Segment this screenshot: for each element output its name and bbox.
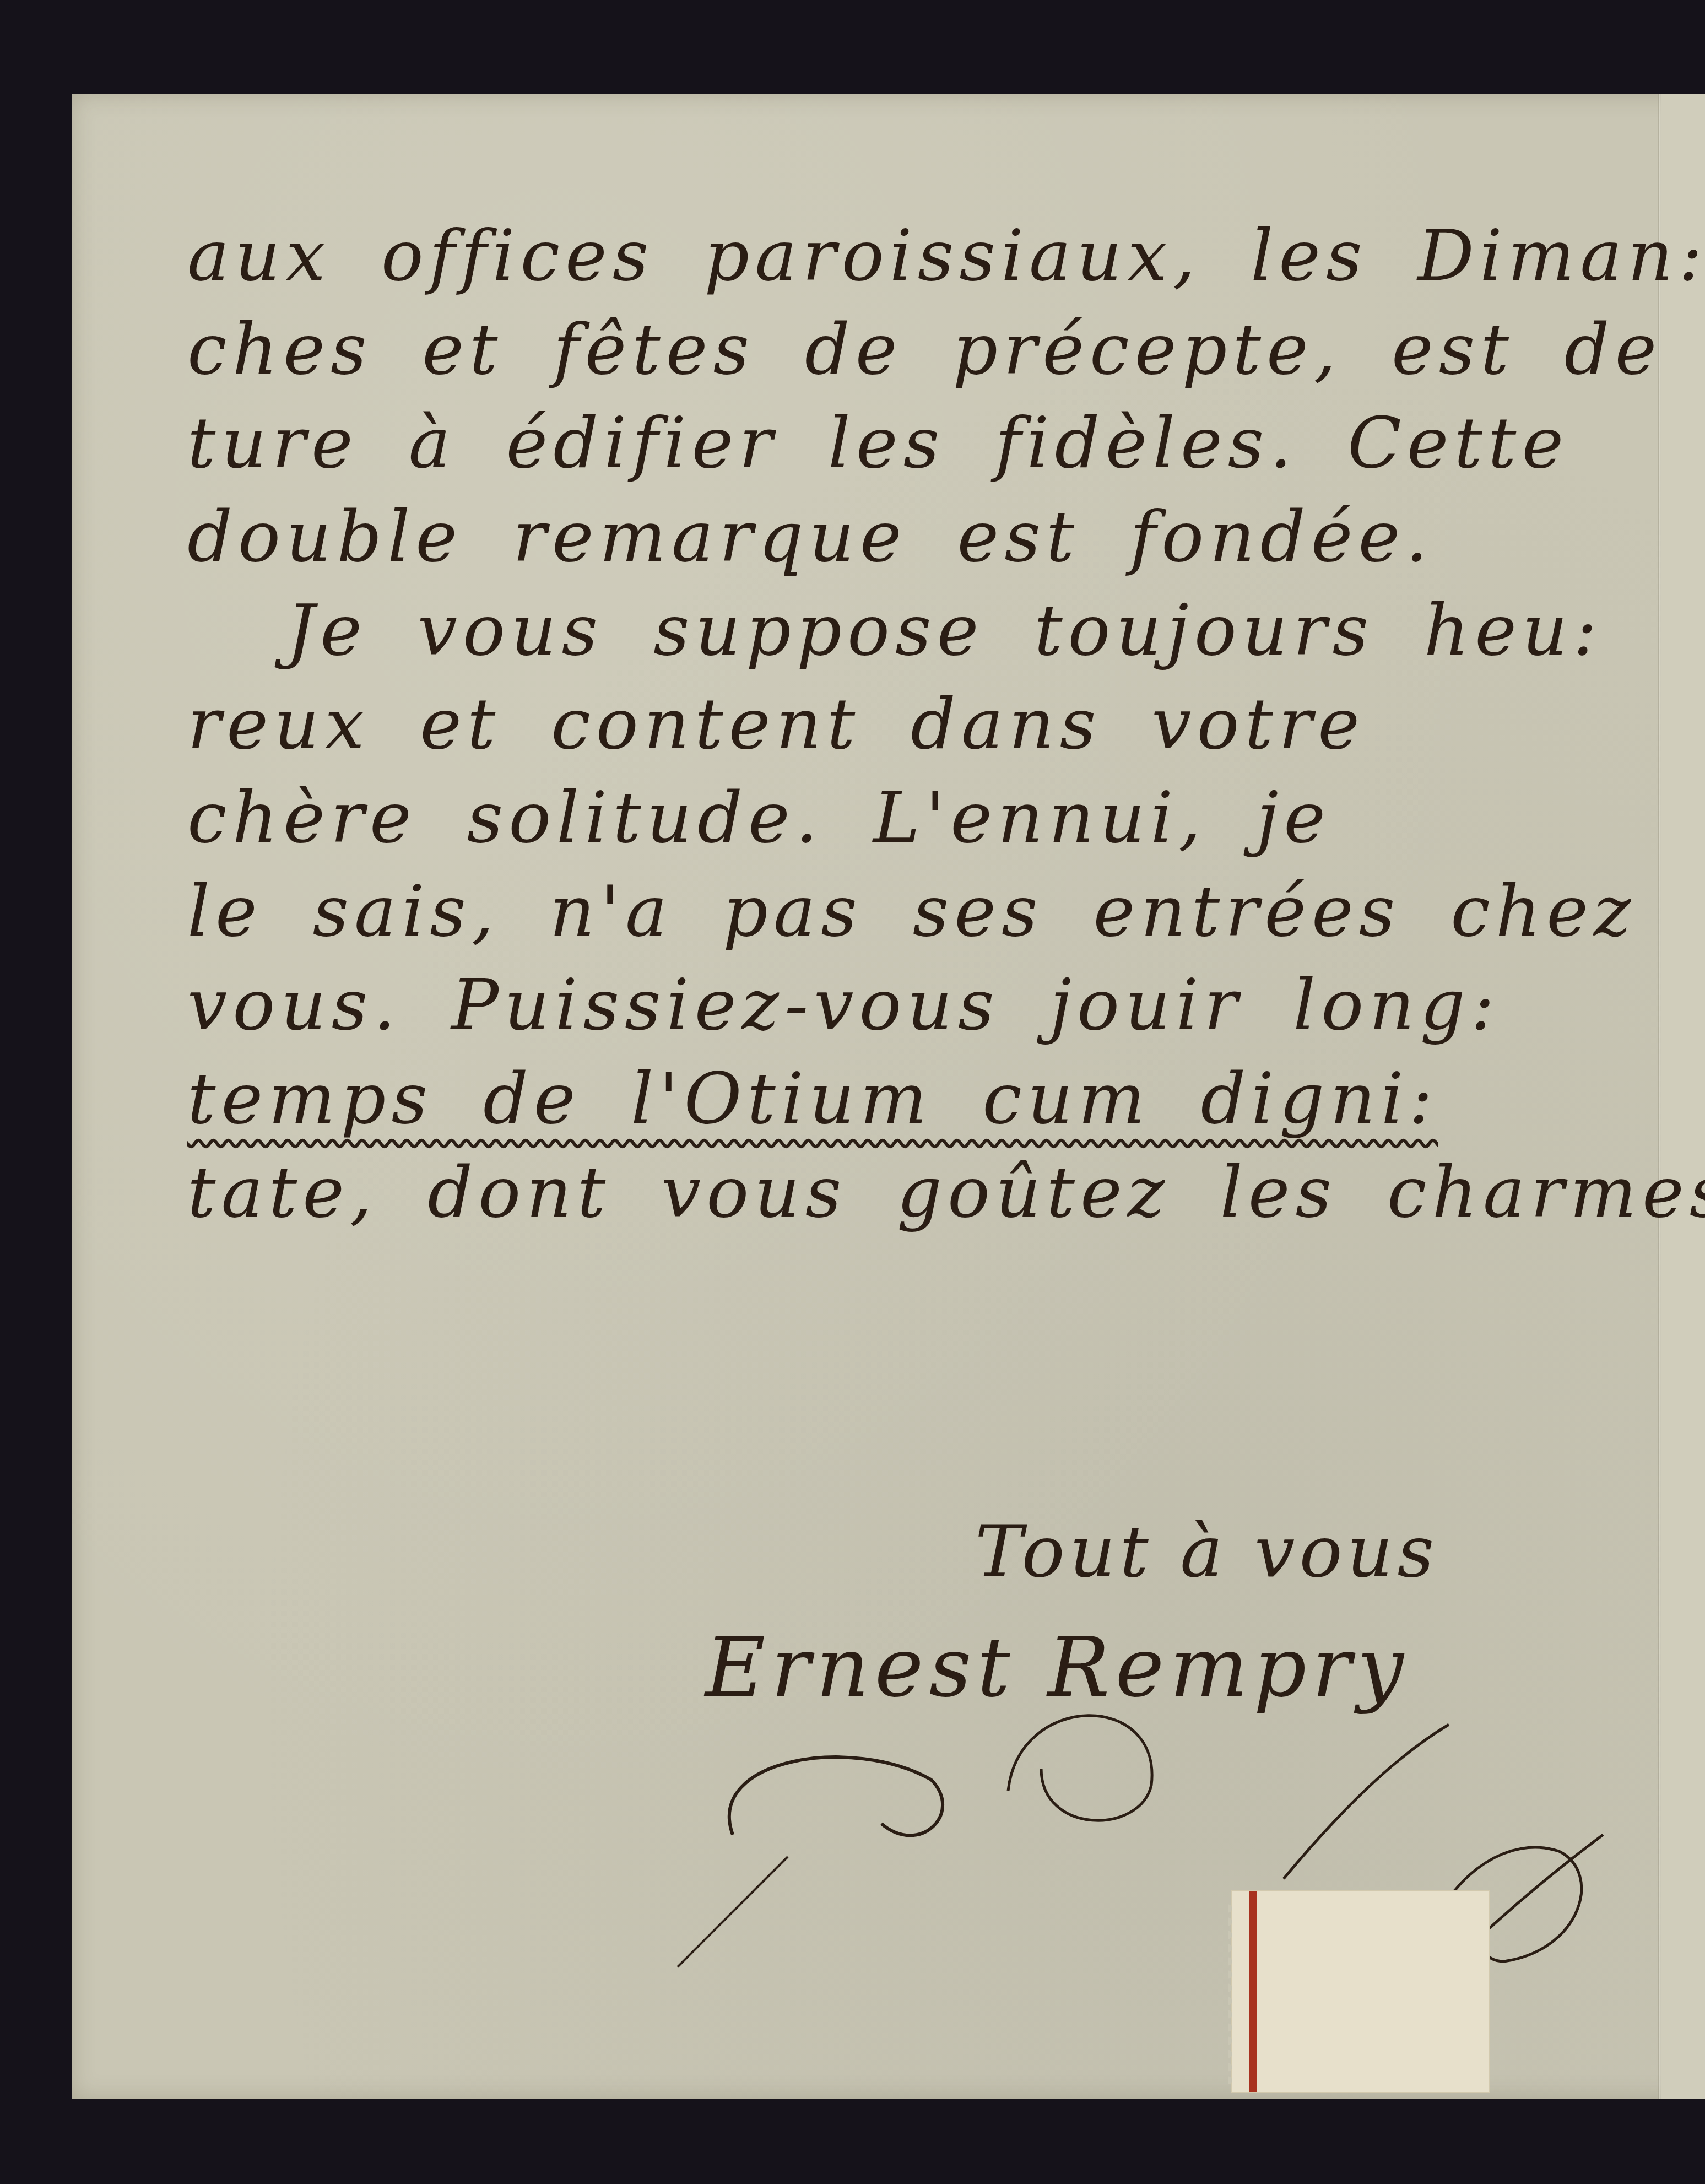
letter-line-5-paragraph-start: Je vous suppose toujours heu: xyxy=(286,590,1603,672)
letter-line-9: vous. Puissiez-vous jouir long: xyxy=(187,964,1500,1046)
label-red-line xyxy=(1249,1891,1257,2092)
letter-line-4: double remarque est fondée. xyxy=(187,496,1433,578)
letter-line-2: ches et fêtes de précepte, est de na: xyxy=(187,309,1705,391)
perforated-edge xyxy=(1228,1902,1236,2084)
letter-line-8: le sais, n'a pas ses entrées chez xyxy=(187,871,1636,953)
letter-page: aux offices paroissiaux, les Diman: ches… xyxy=(72,94,1705,2099)
letter-line-7: chère solitude. L'ennui, je xyxy=(187,777,1331,859)
folded-leaf xyxy=(1661,94,1705,2099)
letter-line-11: tate, dont vous goûtez les charmes! xyxy=(187,1152,1705,1234)
letter-line-10: temps de l'Otium cum digni: xyxy=(187,1058,1438,1140)
closing-phrase: Tout à vous xyxy=(975,1510,1438,1593)
letter-line-1: aux offices paroissiaux, les Diman: xyxy=(187,215,1705,297)
signature-flourish-icon xyxy=(623,1526,1669,2022)
signature: Ernest Rempry xyxy=(705,1620,1409,1716)
archive-label xyxy=(1231,1890,1490,2093)
fold-line xyxy=(1658,94,1661,2099)
letter-line-6: reux et content dans votre xyxy=(187,683,1365,765)
letter-line-3: ture à édifier les fidèles. Cette xyxy=(187,402,1569,484)
